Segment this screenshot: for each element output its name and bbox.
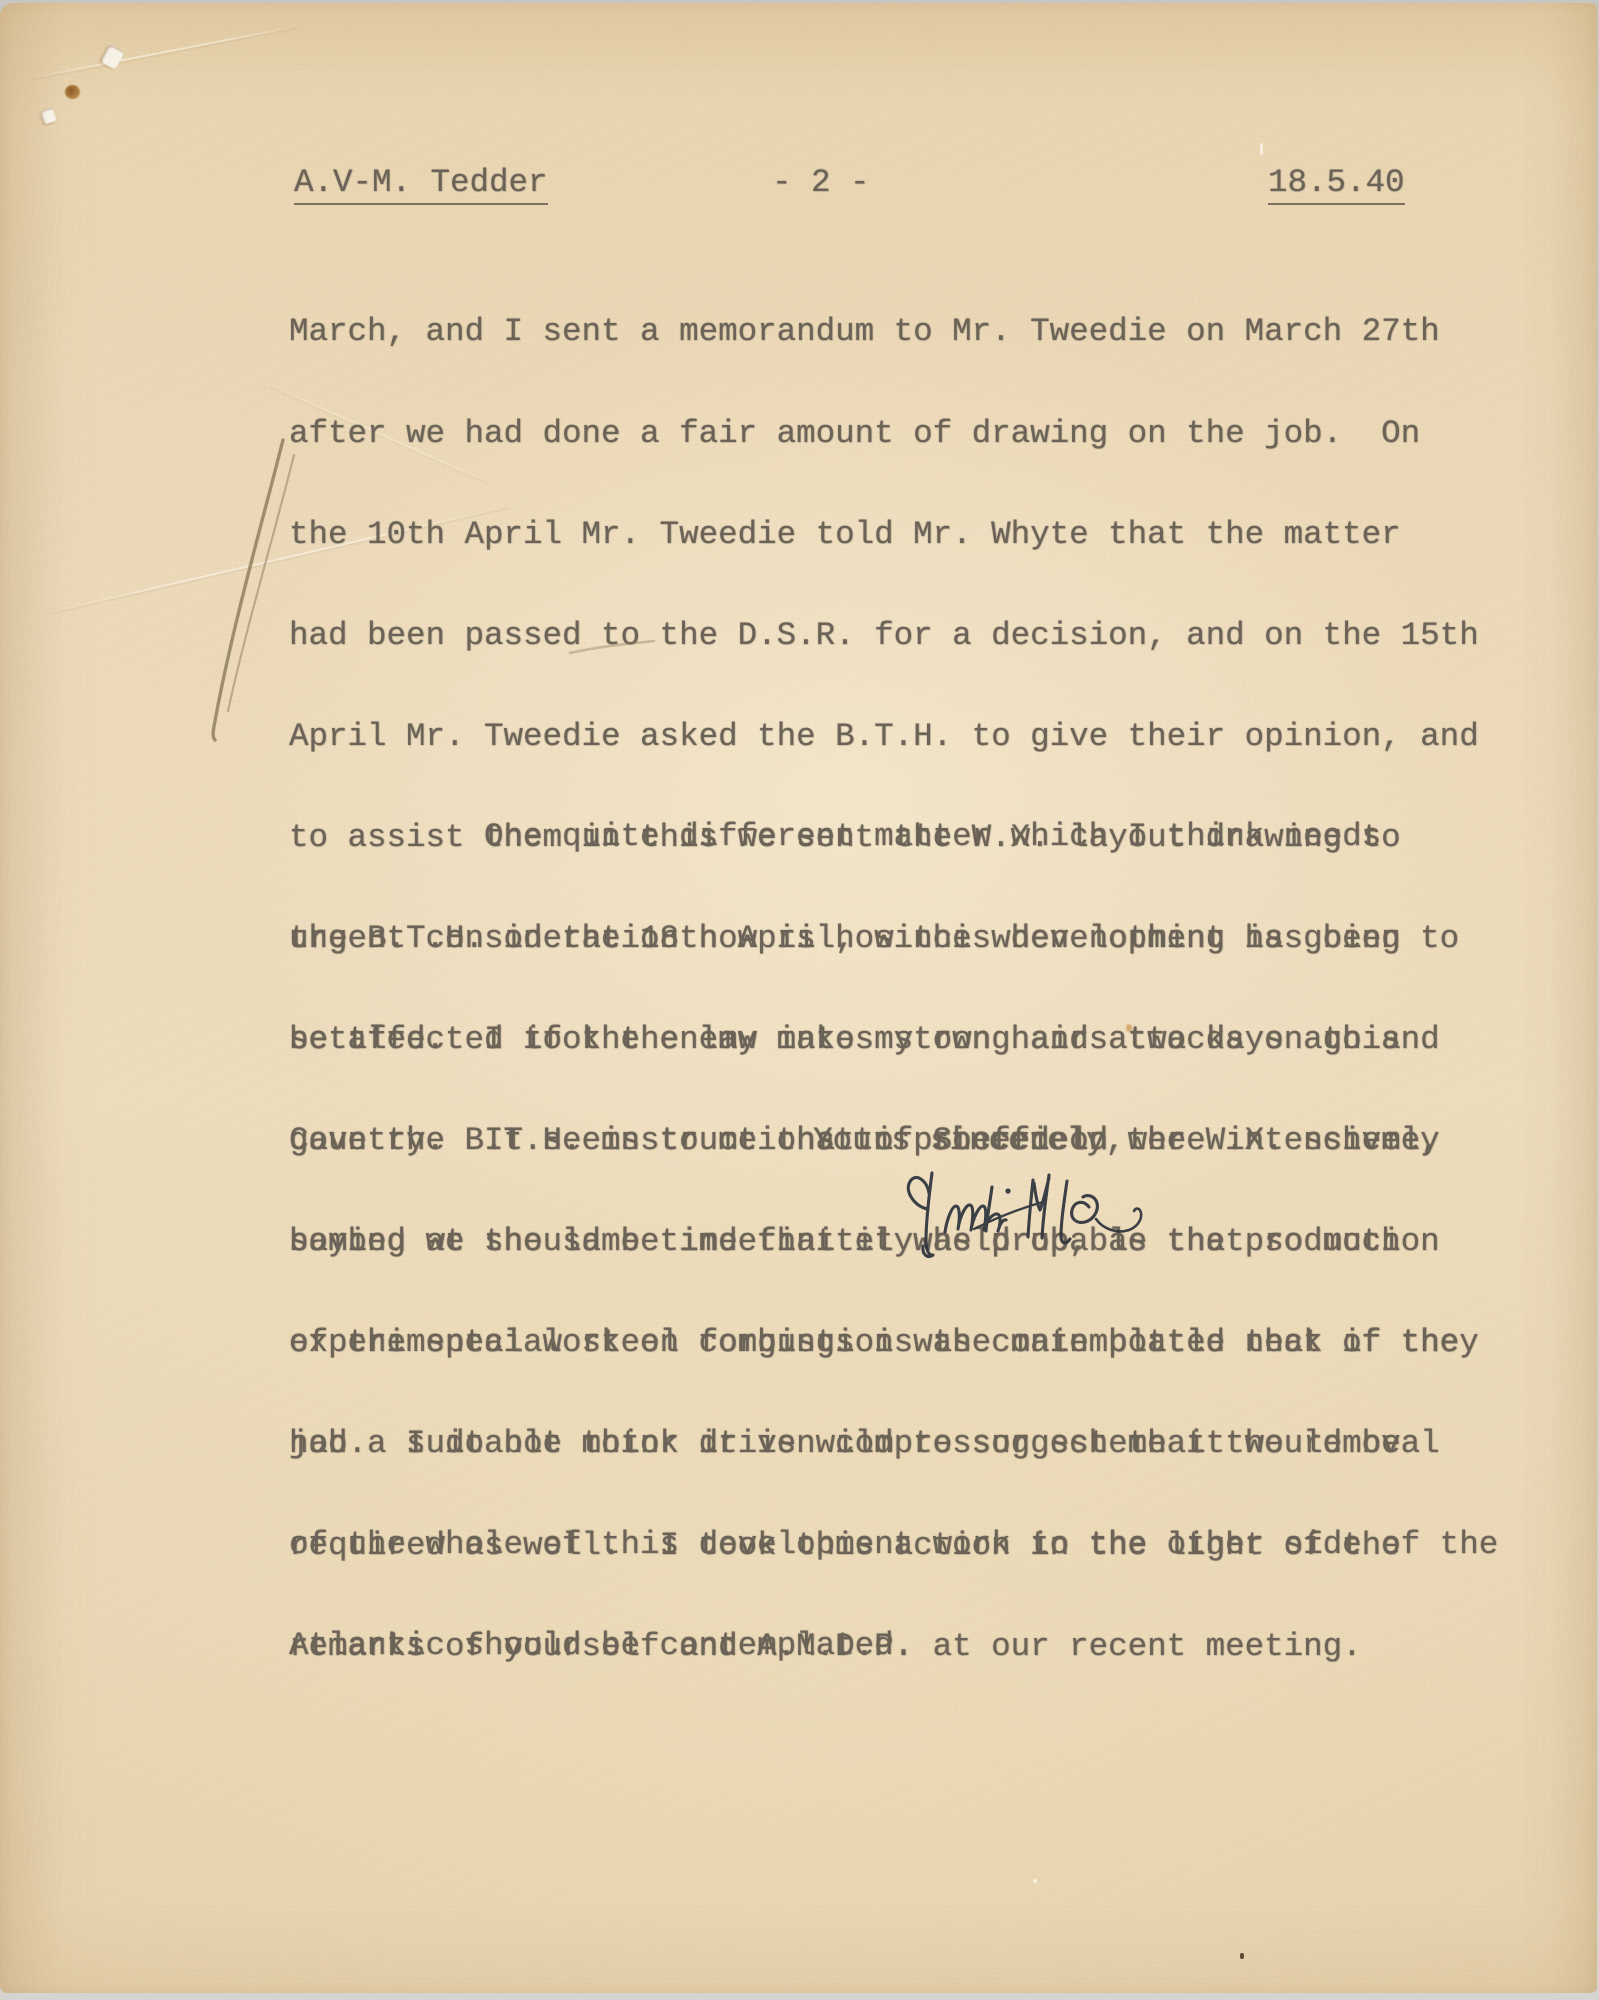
pencil-margin-slash — [228, 455, 294, 711]
text-line: be affected if the enemy makes strong ai… — [289, 1023, 1498, 1057]
text-line: bombed we should be indefinitely held up… — [289, 1225, 1498, 1259]
pin-hole — [40, 107, 57, 124]
rust-stain — [65, 85, 80, 99]
text-line: of the whole of this development work to… — [289, 1528, 1498, 1562]
text-line: March, and I sent a memorandum to Mr. Tw… — [289, 315, 1479, 349]
pin-hole — [100, 44, 124, 70]
scratch-mark — [1260, 143, 1263, 155]
paper-crease — [32, 25, 297, 78]
text-line: the 10th April Mr. Tweedie told Mr. Whyt… — [289, 518, 1479, 552]
recipient-name: A.V-M. Tedder — [294, 166, 548, 205]
date-value: 18.5.40 — [1268, 166, 1405, 205]
text-line: of the special steel forgings is the mai… — [289, 1326, 1498, 1360]
header-page-number: - 2 - — [772, 166, 870, 200]
text-line: after we had done a fair amount of drawi… — [289, 417, 1479, 451]
text-line: One quite different matter which I think… — [289, 820, 1498, 854]
letter-page: A.V-M. Tedder - 2 - 18.5.40 March, and I… — [0, 3, 1597, 1993]
pencil-margin-slash — [213, 440, 283, 740]
text-line: had been passed to the D.S.R. for a deci… — [289, 619, 1479, 653]
paragraph-2: One quite different matter which I think… — [289, 753, 1498, 1730]
text-line: April Mr. Tweedie asked the B.T.H. to gi… — [289, 720, 1479, 754]
text-line: urgent consideration now is how this dev… — [289, 922, 1498, 956]
header-date: 18.5.40 — [1268, 166, 1405, 205]
text-line: job. I do not think it is wild to sugges… — [289, 1427, 1498, 1461]
closing-salutation: Yours sincerely, — [813, 1124, 1125, 1158]
text-line: Atlantic should be contemplated. — [289, 1629, 1498, 1663]
header-recipient: A.V-M. Tedder — [294, 166, 548, 205]
ink-speck — [1240, 1953, 1244, 1959]
paper-fleck — [1033, 1879, 1037, 1883]
